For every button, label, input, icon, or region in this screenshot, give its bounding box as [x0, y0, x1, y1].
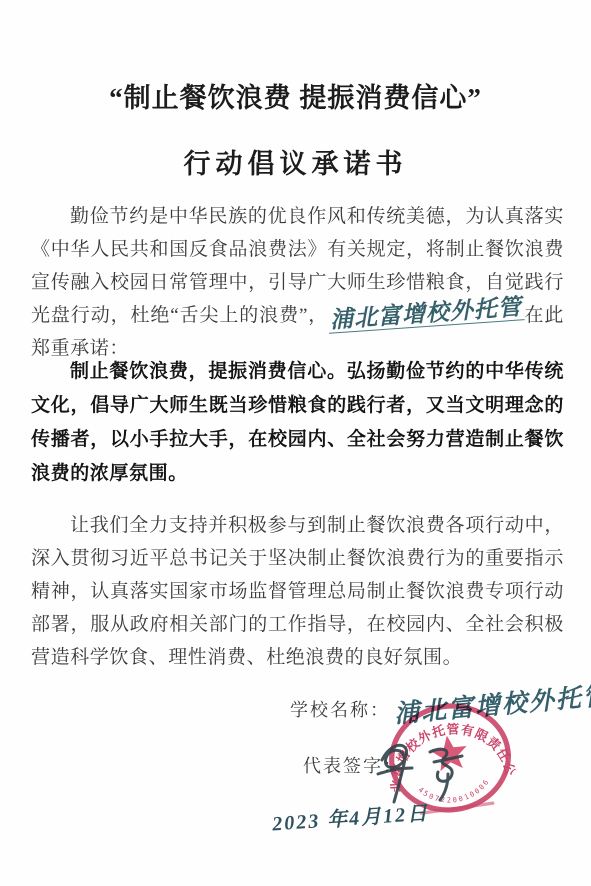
- signature-stroke-2: [378, 768, 412, 774]
- paragraph-action: 让我们全力支持并积极参与到制止餐饮浪费各项行动中，深入贯彻习近平总书记关于坚决制…: [31, 509, 564, 674]
- document-title-line1: “制止餐饮浪费 提振消费信心”: [0, 76, 591, 115]
- signature-stroke-1: [382, 745, 407, 802]
- paragraph-opening: 勤俭节约是中华民族的优良作风和传统美德，为认真落实《中华人民共和国反食品浪费法》…: [31, 200, 564, 365]
- document-title-line2: 行动倡议承诺书: [0, 142, 591, 181]
- pledge-document-page: “制止餐饮浪费 提振消费信心” 行动倡议承诺书 勤俭节约是中华民族的优良作风和传…: [0, 0, 591, 886]
- school-name-label: 学校名称：: [290, 700, 390, 720]
- paragraph-commitment: 制止餐饮浪费，提振消费信心。弘扬勤俭节约的中华传统文化，倡导广大师生既当珍惜粮食…: [31, 355, 564, 491]
- handwritten-date: 2023 年4月12日: [271, 797, 430, 837]
- signature-stroke-5: [440, 774, 448, 800]
- signature-stroke-4: [434, 756, 462, 762]
- handwritten-school-name-inline: 浦北富增校外托管: [328, 296, 525, 334]
